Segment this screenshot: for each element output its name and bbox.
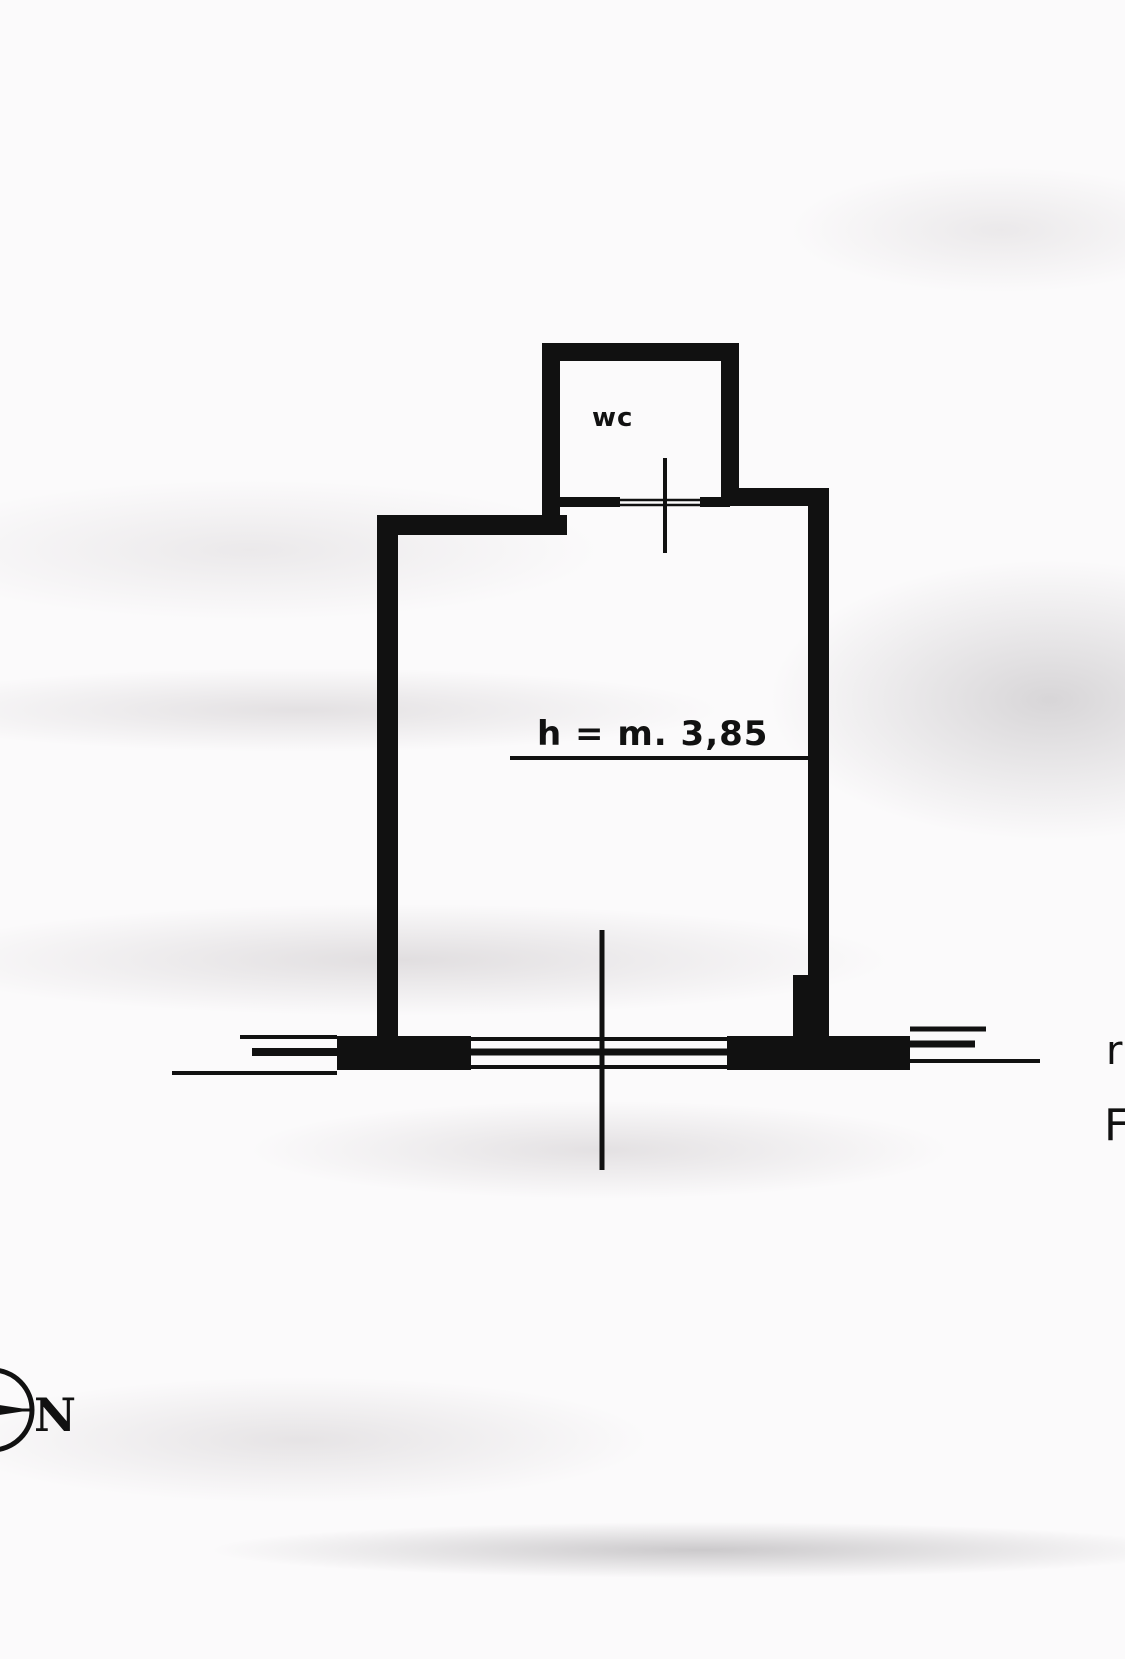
wc-walls [542, 343, 739, 515]
wc-door-wall-left [560, 497, 620, 507]
ceiling-height-label: h = m. 3,85 [537, 714, 768, 754]
axis-lines [602, 458, 665, 1170]
cropped-edge-text: F [1104, 1100, 1125, 1151]
facade-wall-left [337, 1036, 471, 1070]
wc-door-wall-right [700, 497, 730, 507]
wc-room-label: wc [592, 403, 633, 433]
facade-wall-right [727, 1036, 910, 1070]
openings [172, 500, 1040, 1073]
floor-plan-drawing [0, 0, 1125, 1659]
north-label: N [34, 1388, 76, 1442]
cropped-edge-text: r [1106, 1028, 1122, 1074]
compass-icon [0, 1370, 32, 1450]
